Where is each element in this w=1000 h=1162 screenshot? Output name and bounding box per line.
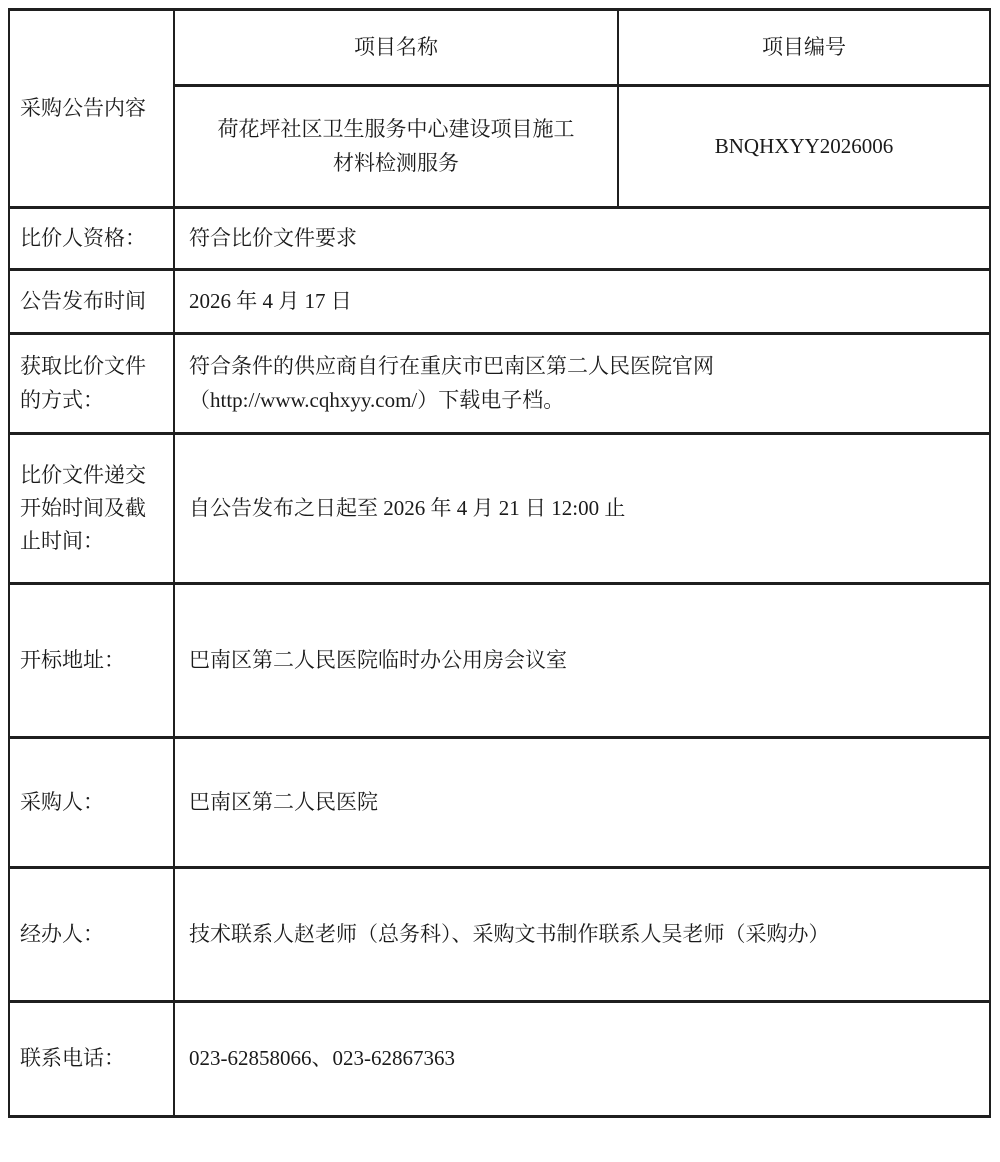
row-value-bidder-qualification: 符合比价文件要求 <box>174 208 990 270</box>
row-label-opening-address: 开标地址： <box>9 584 174 738</box>
project-name-value: 荷花坪社区卫生服务中心建设项目施工 材料检测服务 <box>174 86 618 208</box>
procurement-table: 采购公告内容 项目名称 项目编号 荷花坪社区卫生服务中心建设项目施工 材料检测服… <box>8 8 991 1118</box>
header-project-code: 项目编号 <box>618 10 990 86</box>
row-value-purchaser: 巴南区第二人民医院 <box>174 738 990 868</box>
group-label-announcement-content: 采购公告内容 <box>9 10 174 208</box>
row-label-bidder-qualification: 比价人资格： <box>9 208 174 270</box>
procurement-notice-page: 采购公告内容 项目名称 项目编号 荷花坪社区卫生服务中心建设项目施工 材料检测服… <box>0 0 1000 1162</box>
row-value-handler: 技术联系人赵老师（总务科）、采购文书制作联系人吴老师（采购办） <box>174 868 990 1002</box>
row-label-document-access: 获取比价文件 的方式： <box>9 334 174 434</box>
project-code-value: BNQHXYY2026006 <box>618 86 990 208</box>
row-value-opening-address: 巴南区第二人民医院临时办公用房会议室 <box>174 584 990 738</box>
row-label-submission-deadline: 比价文件递交 开始时间及截 止时间： <box>9 434 174 584</box>
row-label-handler: 经办人： <box>9 868 174 1002</box>
row-label-announcement-date: 公告发布时间 <box>9 270 174 334</box>
row-value-contact-phone: 023-62858066、023-62867363 <box>174 1002 990 1117</box>
row-value-submission-deadline: 自公告发布之日起至 2026 年 4 月 21 日 12:00 止 <box>174 434 990 584</box>
row-value-document-access: 符合条件的供应商自行在重庆市巴南区第二人民医院官网 （http://www.cq… <box>174 334 990 434</box>
row-label-contact-phone: 联系电话： <box>9 1002 174 1117</box>
row-value-announcement-date: 2026 年 4 月 17 日 <box>174 270 990 334</box>
header-project-name: 项目名称 <box>174 10 618 86</box>
row-label-purchaser: 采购人： <box>9 738 174 868</box>
